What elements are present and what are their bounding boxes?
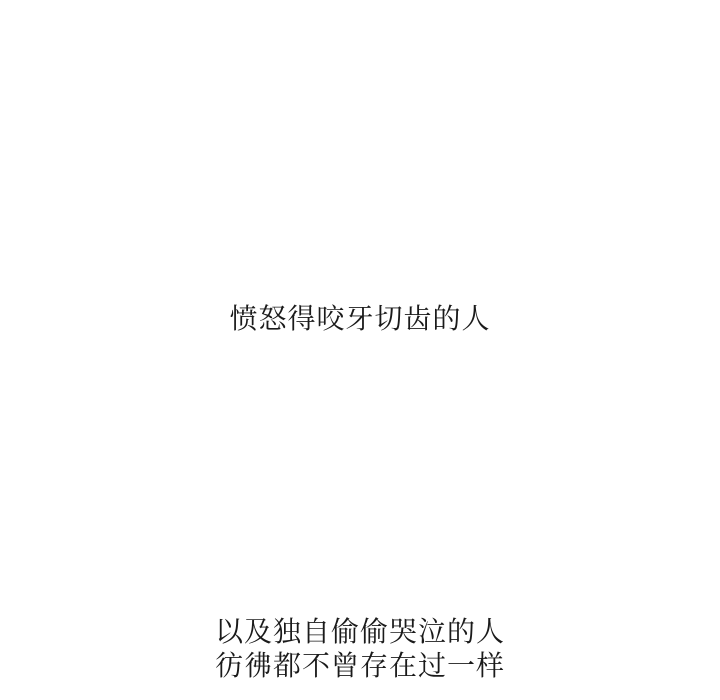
caption-bottom-line-2: 彷彿都不曾存在过一样	[0, 649, 720, 683]
caption-bottom-line-1: 以及独自偷偷哭泣的人	[0, 615, 720, 649]
comic-panel: 愤怒得咬牙切齿的人 以及独自偷偷哭泣的人 彷彿都不曾存在过一样	[0, 0, 720, 700]
caption-top: 愤怒得咬牙切齿的人	[0, 302, 720, 336]
